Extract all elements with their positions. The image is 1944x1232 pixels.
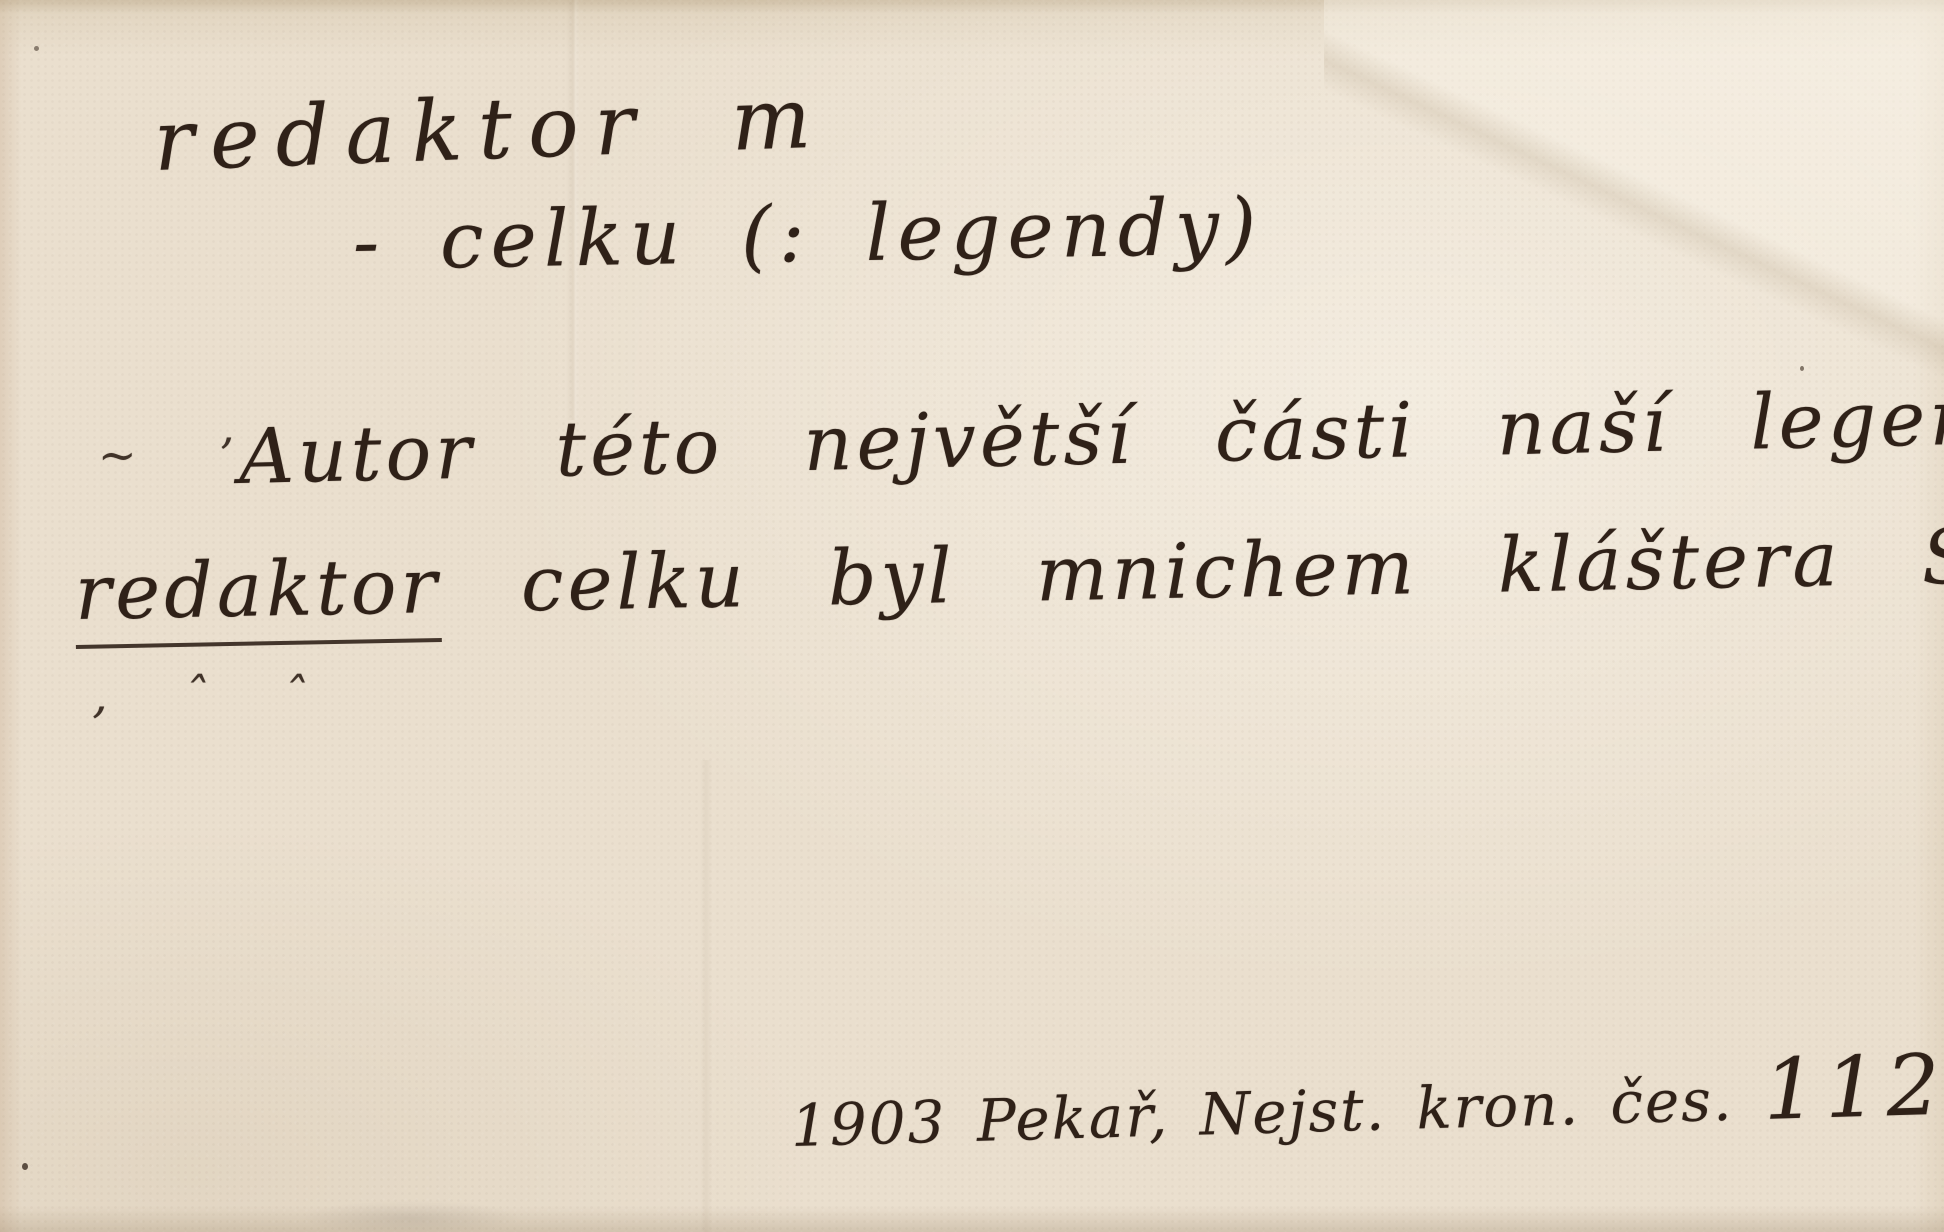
citation-page-numbers: 112. 40. [1762,1029,1944,1139]
citation-source-text: 1903 Pekař, Nejst. kron. čes. [790,1065,1765,1160]
handwriting-paragraph-line-2: redaktor celku byl mnichem kláštera Sáza… [74,503,1944,637]
margin-marks-lower-text: ‚ ˆ ˆ [92,668,336,724]
handwriting-header-line: redaktor m [152,68,828,189]
paper-speck [34,46,39,51]
header-text: redaktor m [152,68,828,189]
handwriting-paragraph-line-1: Autor této největší části naší legendy a [238,367,1944,501]
paper-speck [22,1163,28,1170]
paper-smudge [300,1200,520,1232]
handwriting-subheader-line: - celku (: legendy) [352,182,1264,288]
underlined-word-redaktor: redaktor [74,541,442,649]
subheader-text: - celku (: legendy) [352,182,1264,288]
handwriting-citation-line: 1903 Pekař, Nejst. kron. čes. 112. 40. [789,1029,1944,1166]
margin-marks-lower: ‚ ˆ ˆ [92,668,336,724]
paragraph-line-2-text: celku byl mnichem kláštera Sázavského, [440,503,1944,630]
paragraph-line-1-text: Autor této největší části naší legendy a [238,367,1944,501]
paper-crease-lower [700,760,712,1232]
paper-speck [1800,366,1804,371]
scanned-handwritten-note-card: redaktor m - celku (: legendy) ~ ’ Autor… [0,0,1944,1232]
